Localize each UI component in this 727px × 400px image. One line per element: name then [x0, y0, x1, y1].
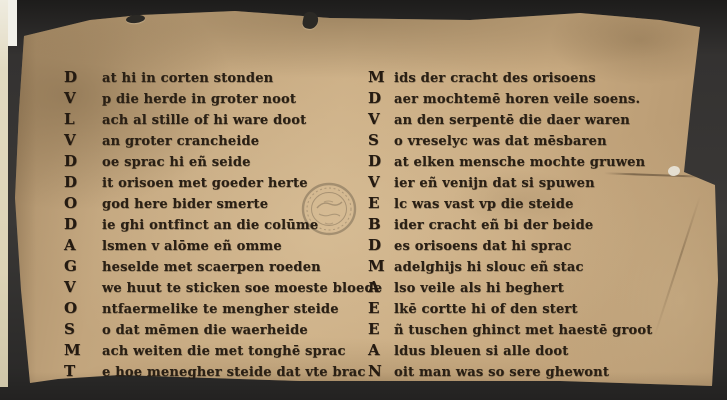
- manuscript-line: Mach weiten die met tonghē sprac: [64, 341, 369, 362]
- manuscript-line: So dat mēmen die waerheide: [64, 320, 369, 341]
- line-initial: S: [64, 320, 102, 338]
- line-initial: A: [368, 278, 394, 296]
- manuscript-line: Also veile als hi beghert: [368, 278, 713, 299]
- line-initial: V: [64, 278, 102, 296]
- line-text: lc was vast vp die steide: [394, 197, 574, 212]
- text-column-right: Mids der cracht des orisoensDaer mochtem…: [368, 68, 713, 383]
- line-initial: O: [64, 194, 102, 212]
- manuscript-line: Aldus bleuen si alle doot: [368, 341, 713, 362]
- manuscript-line: Dat elken mensche mochte gruwen: [368, 152, 713, 173]
- line-text: at elken mensche mochte gruwen: [394, 155, 645, 170]
- manuscript-line: Dit orisoen met goeder herte: [64, 173, 369, 194]
- line-text: oit man was so sere ghewont: [394, 365, 609, 380]
- manuscript-line: Elkē cortte hi of den stert: [368, 299, 713, 320]
- line-initial: D: [368, 89, 394, 107]
- line-initial: D: [64, 68, 102, 86]
- line-text: lso veile als hi beghert: [394, 281, 564, 296]
- line-initial: V: [64, 89, 102, 107]
- line-initial: V: [368, 173, 394, 191]
- line-initial: A: [64, 236, 102, 254]
- line-initial: E: [368, 299, 394, 317]
- line-text: ldus bleuen si alle doot: [394, 344, 568, 359]
- line-text: p die herde in groter noot: [102, 92, 296, 107]
- line-text: ider cracht eñ bi der beide: [394, 218, 593, 233]
- manuscript-line: Ogod here bider smerte: [64, 194, 369, 215]
- manuscript-line: Eñ tuschen ghinct met haestē groot: [368, 320, 713, 341]
- line-initial: V: [64, 131, 102, 149]
- line-text: lkē cortte hi of den stert: [394, 302, 578, 317]
- line-text: an groter crancheide: [102, 134, 259, 149]
- line-text: ach al stille of hi ware doot: [102, 113, 306, 128]
- backing-sheet-edge: [0, 0, 8, 387]
- line-text: heselde met scaerpen roeden: [102, 260, 321, 275]
- manuscript-line: Bider cracht eñ bi der beide: [368, 215, 713, 236]
- line-text: ier eñ venijn dat si spuwen: [394, 176, 595, 191]
- line-initial: A: [368, 341, 394, 359]
- line-initial: M: [368, 257, 394, 275]
- line-text: e hoe menegher steide dat vte brac: [102, 365, 366, 380]
- manuscript-line: Dat hi in corten stonden: [64, 68, 369, 89]
- line-text: o vreselyc was dat mēsbaren: [394, 134, 607, 149]
- line-initial: D: [368, 236, 394, 254]
- line-text: we huut te sticken soe moeste bloede: [102, 281, 382, 296]
- line-text: aer mochtemē horen veile soens.: [394, 92, 640, 107]
- manuscript-line: Doe sprac hi eñ seide: [64, 152, 369, 173]
- line-text: ids der cracht des orisoens: [394, 71, 596, 86]
- line-initial: D: [368, 152, 394, 170]
- line-initial: D: [64, 152, 102, 170]
- line-initial: D: [64, 173, 102, 191]
- line-text: ñ tuschen ghinct met haestē groot: [394, 323, 652, 338]
- manuscript-line: Vwe huut te sticken soe moeste bloede: [64, 278, 369, 299]
- line-initial: S: [368, 131, 394, 149]
- manuscript-line: Elc was vast vp die steide: [368, 194, 713, 215]
- manuscript-line: Die ghi ontfinct an die colūme: [64, 215, 369, 236]
- manuscript-line: So vreselyc was dat mēsbaren: [368, 131, 713, 152]
- manuscript-line: Mids der cracht des orisoens: [368, 68, 713, 89]
- manuscript-scan: Dat hi in corten stondenVp die herde in …: [0, 0, 727, 400]
- manuscript-line: Alsmen v alōme eñ omme: [64, 236, 369, 257]
- manuscript-line: Vp die herde in groter noot: [64, 89, 369, 110]
- line-text: es orisoens dat hi sprac: [394, 239, 572, 254]
- line-initial: G: [64, 257, 102, 275]
- line-initial: L: [64, 110, 102, 128]
- line-initial: D: [64, 215, 102, 233]
- line-initial: O: [64, 299, 102, 317]
- line-initial: N: [368, 362, 394, 380]
- manuscript-line: Madelghijs hi slouc eñ stac: [368, 257, 713, 278]
- line-text: an den serpentē die daer waren: [394, 113, 630, 128]
- line-initial: M: [64, 341, 102, 359]
- manuscript-line: Te hoe menegher steide dat vte brac: [64, 362, 369, 383]
- line-text: ach weiten die met tonghē sprac: [102, 344, 346, 359]
- line-text: o dat mēmen die waerheide: [102, 323, 308, 338]
- manuscript-line: Ontfaermelike te mengher steide: [64, 299, 369, 320]
- line-initial: M: [368, 68, 394, 86]
- manuscript-line: Noit man was so sere ghewont: [368, 362, 713, 383]
- line-initial: B: [368, 215, 394, 233]
- line-text: adelghijs hi slouc eñ stac: [394, 260, 584, 275]
- manuscript-line: Des orisoens dat hi sprac: [368, 236, 713, 257]
- line-text: lsmen v alōme eñ omme: [102, 239, 282, 254]
- line-initial: V: [368, 110, 394, 128]
- line-text: at hi in corten stonden: [102, 71, 273, 86]
- manuscript-line: Van den serpentē die daer waren: [368, 110, 713, 131]
- manuscript-line: Van groter crancheide: [64, 131, 369, 152]
- manuscript-line: Gheselde met scaerpen roeden: [64, 257, 369, 278]
- manuscript-line: Vier eñ venijn dat si spuwen: [368, 173, 713, 194]
- manuscript-line: Daer mochtemē horen veile soens.: [368, 89, 713, 110]
- text-column-left: Dat hi in corten stondenVp die herde in …: [64, 68, 369, 383]
- line-initial: T: [64, 362, 102, 380]
- line-text: god here bider smerte: [102, 197, 268, 212]
- manuscript-line: Lach al stille of hi ware doot: [64, 110, 369, 131]
- line-text: ie ghi ontfinct an die colūme: [102, 218, 318, 233]
- line-text: ntfaermelike te mengher steide: [102, 302, 339, 317]
- line-initial: E: [368, 320, 394, 338]
- line-text: it orisoen met goeder herte: [102, 176, 308, 191]
- line-initial: E: [368, 194, 394, 212]
- line-text: oe sprac hi eñ seide: [102, 155, 251, 170]
